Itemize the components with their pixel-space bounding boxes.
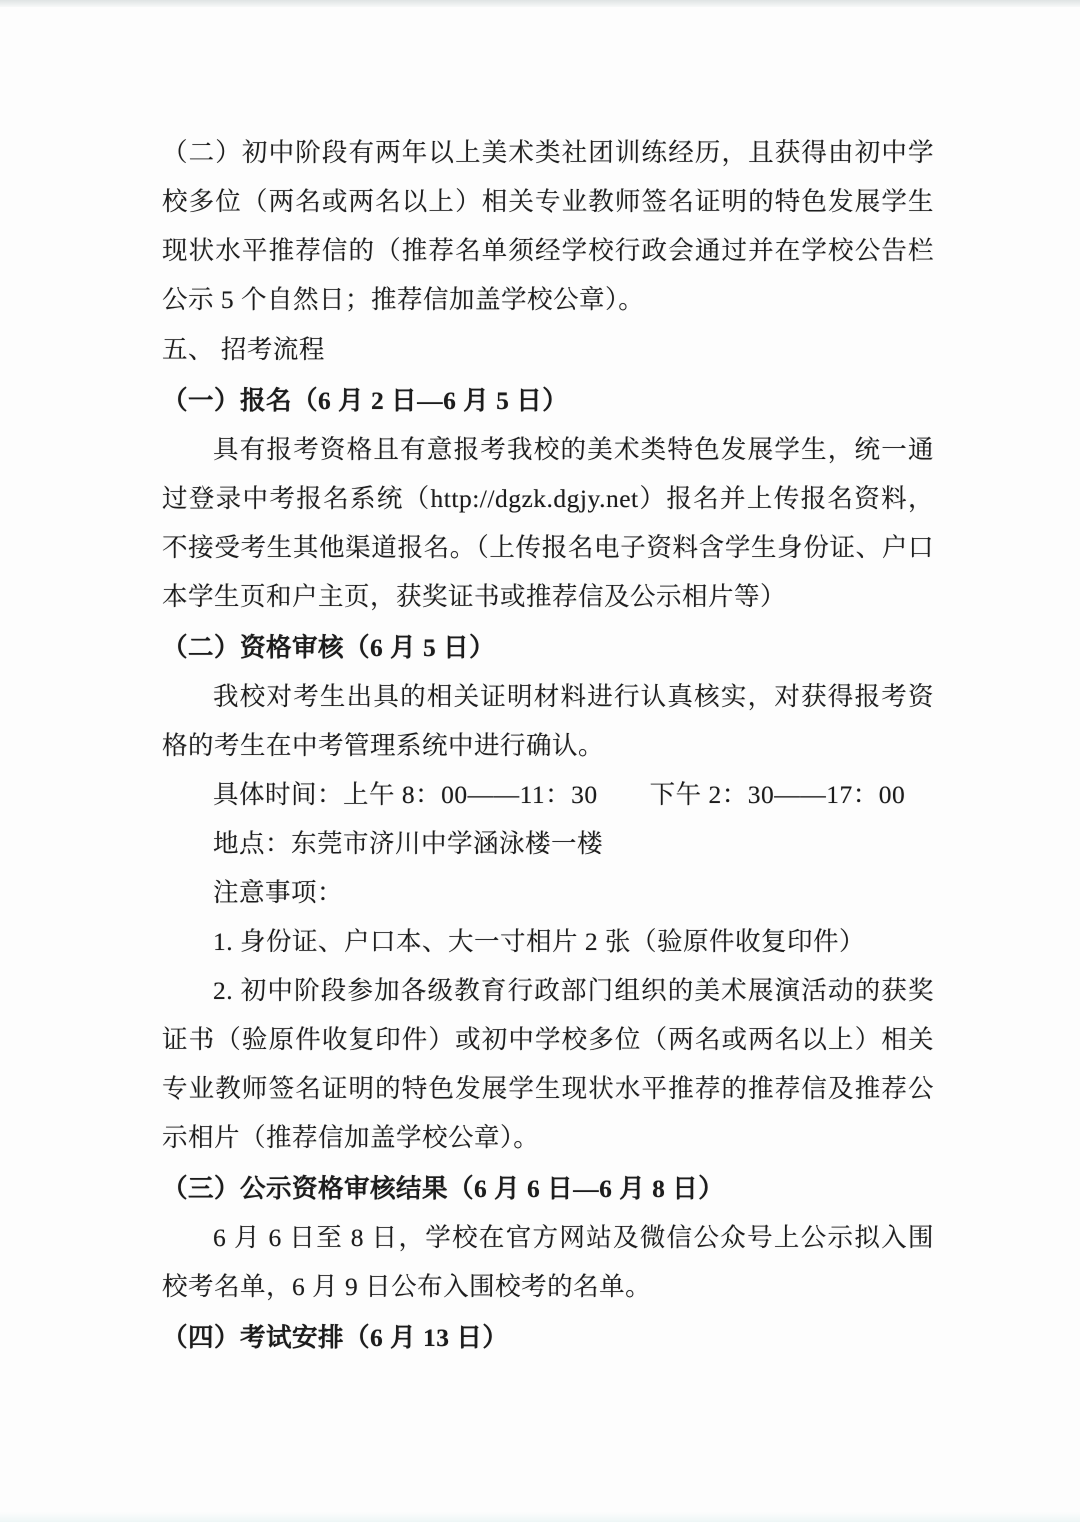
paragraph-note-2: 2. 初中阶段参加各级教育行政部门组织的美术展演活动的获奖证书（验原件收复印件）… [162, 966, 934, 1162]
paragraph-publicity-details: 6 月 6 日至 8 日，学校在官方网站及微信公众号上公示拟入围校考名单，6 月… [162, 1213, 934, 1311]
document-body: （二）初中阶段有两年以上美术类社团训练经历，且获得由初中学校多位（两名或两名以上… [162, 128, 934, 1362]
document-page: （二）初中阶段有两年以上美术类社团训练经历，且获得由初中学校多位（两名或两名以上… [0, 0, 1080, 1522]
paragraph-notes-label: 注意事项： [162, 868, 934, 917]
paragraph-note-1: 1. 身份证、户口本、大一寸相片 2 张（验原件收复印件） [162, 917, 934, 966]
heading-review-result-publicity: （三）公示资格审核结果（6 月 6 日—6 月 8 日） [162, 1164, 934, 1213]
heading-registration: （一）报名（6 月 2 日—6 月 5 日） [162, 376, 934, 425]
paragraph-review-location: 地点：东莞市济川中学涵泳楼一楼 [162, 819, 934, 868]
scan-edge-bottom [0, 1512, 1080, 1522]
paragraph-qualification-review-details: 我校对考生出具的相关证明材料进行认真核实，对获得报考资格的考生在中考管理系统中进… [162, 672, 934, 770]
paragraph-eligibility-item-2: （二）初中阶段有两年以上美术类社团训练经历，且获得由初中学校多位（两名或两名以上… [162, 128, 934, 324]
paragraph-review-time: 具体时间：上午 8：00——11：30 下午 2：30——17：00 [162, 770, 934, 819]
heading-qualification-review: （二）资格审核（6 月 5 日） [162, 623, 934, 672]
paragraph-registration-details: 具有报考资格且有意报考我校的美术类特色发展学生，统一通过登录中考报名系统（htt… [162, 425, 934, 621]
heading-exam-arrangement: （四）考试安排（6 月 13 日） [162, 1313, 934, 1362]
section-heading-recruitment-process: 五、 招考流程 [162, 325, 934, 374]
scan-edge-top [0, 0, 1080, 7]
